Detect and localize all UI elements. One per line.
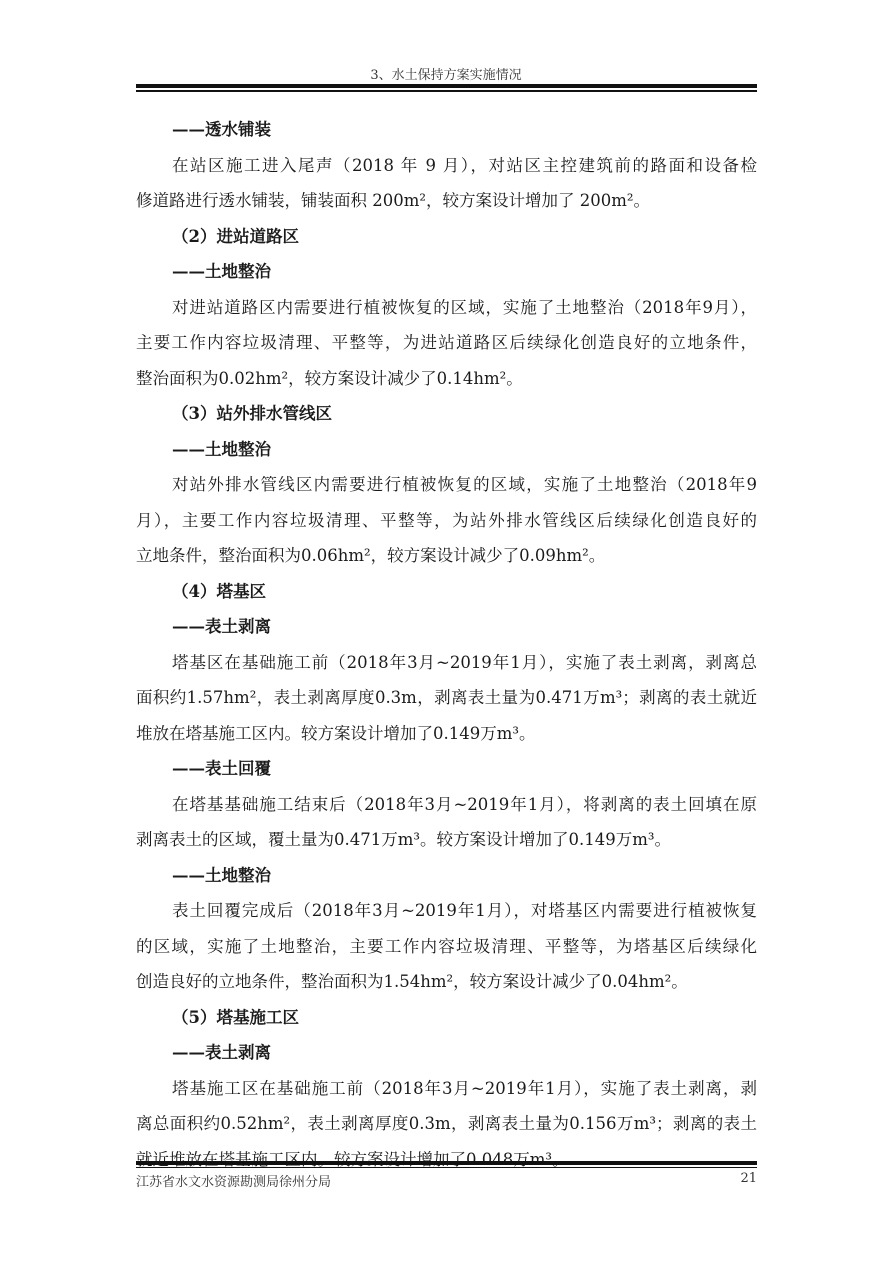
footer-rule-thick [136,1161,757,1165]
section-heading: ——土地整治 [136,432,757,468]
paragraph-line: 主要工作内容垃圾清理、平整等，为进站道路区后续绿化创造良好的立地条件， [136,325,757,361]
section-heading: （2）进站道路区 [136,219,757,255]
paragraph-line: 创造良好的立地条件，整治面积为1.54hm²，较方案设计减少了0.04hm²。 [136,964,757,1000]
paragraph-line: 立地条件，整治面积为0.06hm²，较方案设计减少了0.09hm²。 [136,538,757,574]
section-heading: ——土地整治 [136,254,757,290]
paragraph-line: 表土回覆完成后（2018年3月~2019年1月），对塔基区内需要进行植被恢复 [136,893,757,929]
footer-rule-thin [136,1167,757,1168]
paragraph-line: 修道路进行透水铺装，铺装面积 200m²，较方案设计增加了 200m²。 [136,183,757,219]
section-heading: ——表土剥离 [136,1035,757,1071]
section-heading: （5）塔基施工区 [136,1000,757,1036]
section-heading: ——表土回覆 [136,751,757,787]
document-body: ——透水铺装在站区施工进入尾声（2018 年 9 月），对站区主控建筑前的路面和… [136,112,757,1177]
section-heading: ——土地整治 [136,858,757,894]
page-header-title: 3、水土保持方案实施情况 [0,64,892,83]
footer-organization: 江苏省水文水资源勘测局徐州分局 [136,1171,331,1190]
paragraph-line: 整治面积为0.02hm²，较方案设计减少了0.14hm²。 [136,361,757,397]
header-rule-thick [136,84,757,88]
paragraph-line: 对站外排水管线区内需要进行植被恢复的区域，实施了土地整治（2018年9 [136,467,757,503]
paragraph-line: 剥离表土的区域，覆土量为0.471万m³。较方案设计增加了0.149万m³。 [136,822,757,858]
paragraph-line: 月），主要工作内容垃圾清理、平整等，为站外排水管线区后续绿化创造良好的 [136,503,757,539]
paragraph-line: 塔基施工区在基础施工前（2018年3月~2019年1月），实施了表土剥离，剥 [136,1071,757,1107]
section-heading: （4）塔基区 [136,574,757,610]
section-heading: ——表土剥离 [136,609,757,645]
page-number: 21 [740,1171,757,1186]
section-heading: （3）站外排水管线区 [136,396,757,432]
paragraph-line: 面积约1.57hm²，表土剥离厚度0.3m，剥离表土量为0.471万m³；剥离的… [136,680,757,716]
paragraph-line: 的区域，实施了土地整治，主要工作内容垃圾清理、平整等，为塔基区后续绿化 [136,929,757,965]
section-heading: ——透水铺装 [136,112,757,148]
paragraph-line: 在塔基基础施工结束后（2018年3月~2019年1月），将剥离的表土回填在原 [136,787,757,823]
paragraph-line: 堆放在塔基施工区内。较方案设计增加了0.149万m³。 [136,716,757,752]
paragraph-line: 离总面积约0.52hm²，表土剥离厚度0.3m，剥离表土量为0.156万m³；剥… [136,1106,757,1142]
header-rule-thin [136,90,757,92]
paragraph-line: 对进站道路区内需要进行植被恢复的区域，实施了土地整治（2018年9月）， [136,290,757,326]
paragraph-line: 在站区施工进入尾声（2018 年 9 月），对站区主控建筑前的路面和设备检 [136,148,757,184]
paragraph-line: 塔基区在基础施工前（2018年3月~2019年1月），实施了表土剥离，剥离总 [136,645,757,681]
